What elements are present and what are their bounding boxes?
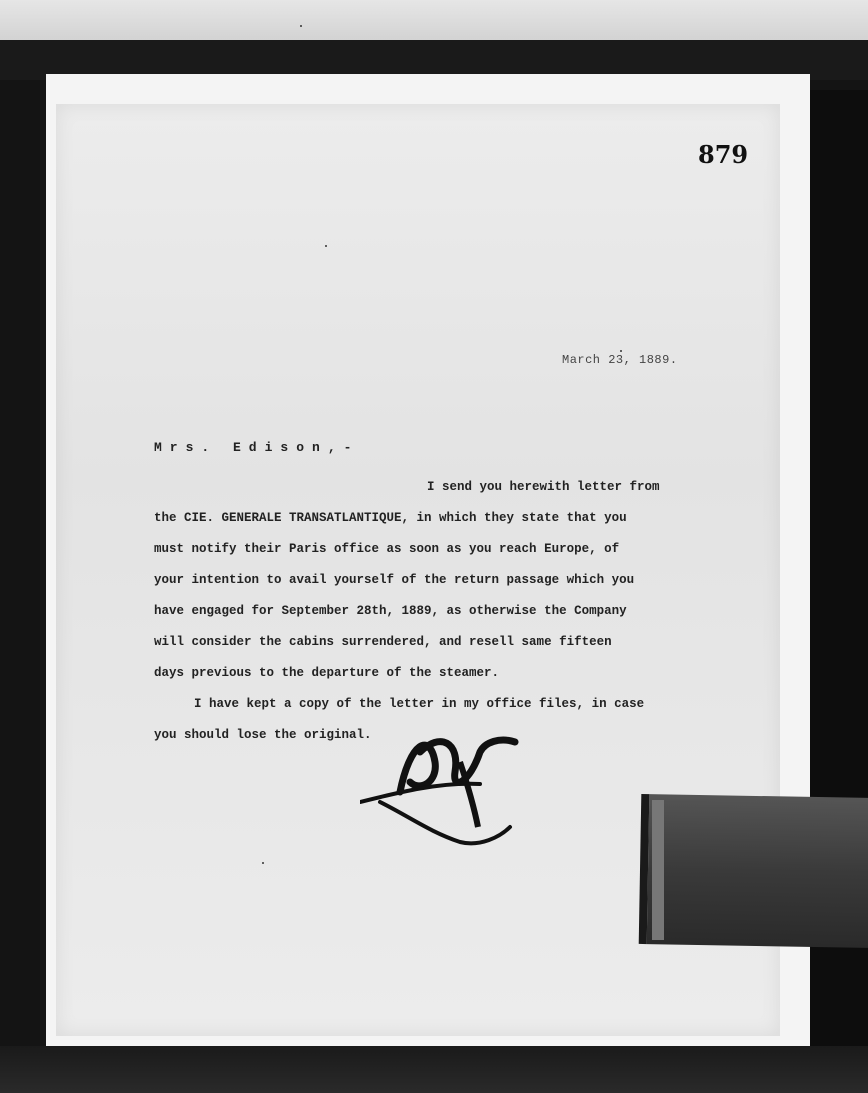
scan-background-bottom	[0, 1046, 868, 1093]
body-line: your intention to avail yourself of the …	[154, 565, 694, 596]
body-line: I send you herewith letter from	[154, 472, 694, 503]
binder-clip	[639, 794, 868, 948]
body-line: I have kept a copy of the letter in my o…	[154, 689, 694, 720]
page-number: 879	[698, 140, 748, 169]
body-line: must notify their Paris office as soon a…	[154, 534, 694, 565]
binder-clip-edge	[652, 800, 664, 940]
body-line: the CIE. GENERALE TRANSATLANTIQUE, in wh…	[154, 503, 694, 534]
body-line: will consider the cabins surrendered, an…	[154, 627, 694, 658]
body-line: have engaged for September 28th, 1889, a…	[154, 596, 694, 627]
handwritten-signature	[360, 722, 520, 852]
letter-date: March 23, 1889.	[562, 353, 678, 367]
letter-body: I send you herewith letter from the CIE.…	[154, 472, 694, 751]
salutation: Mrs. Edison,-	[154, 440, 359, 455]
body-line: days previous to the departure of the st…	[154, 658, 694, 689]
